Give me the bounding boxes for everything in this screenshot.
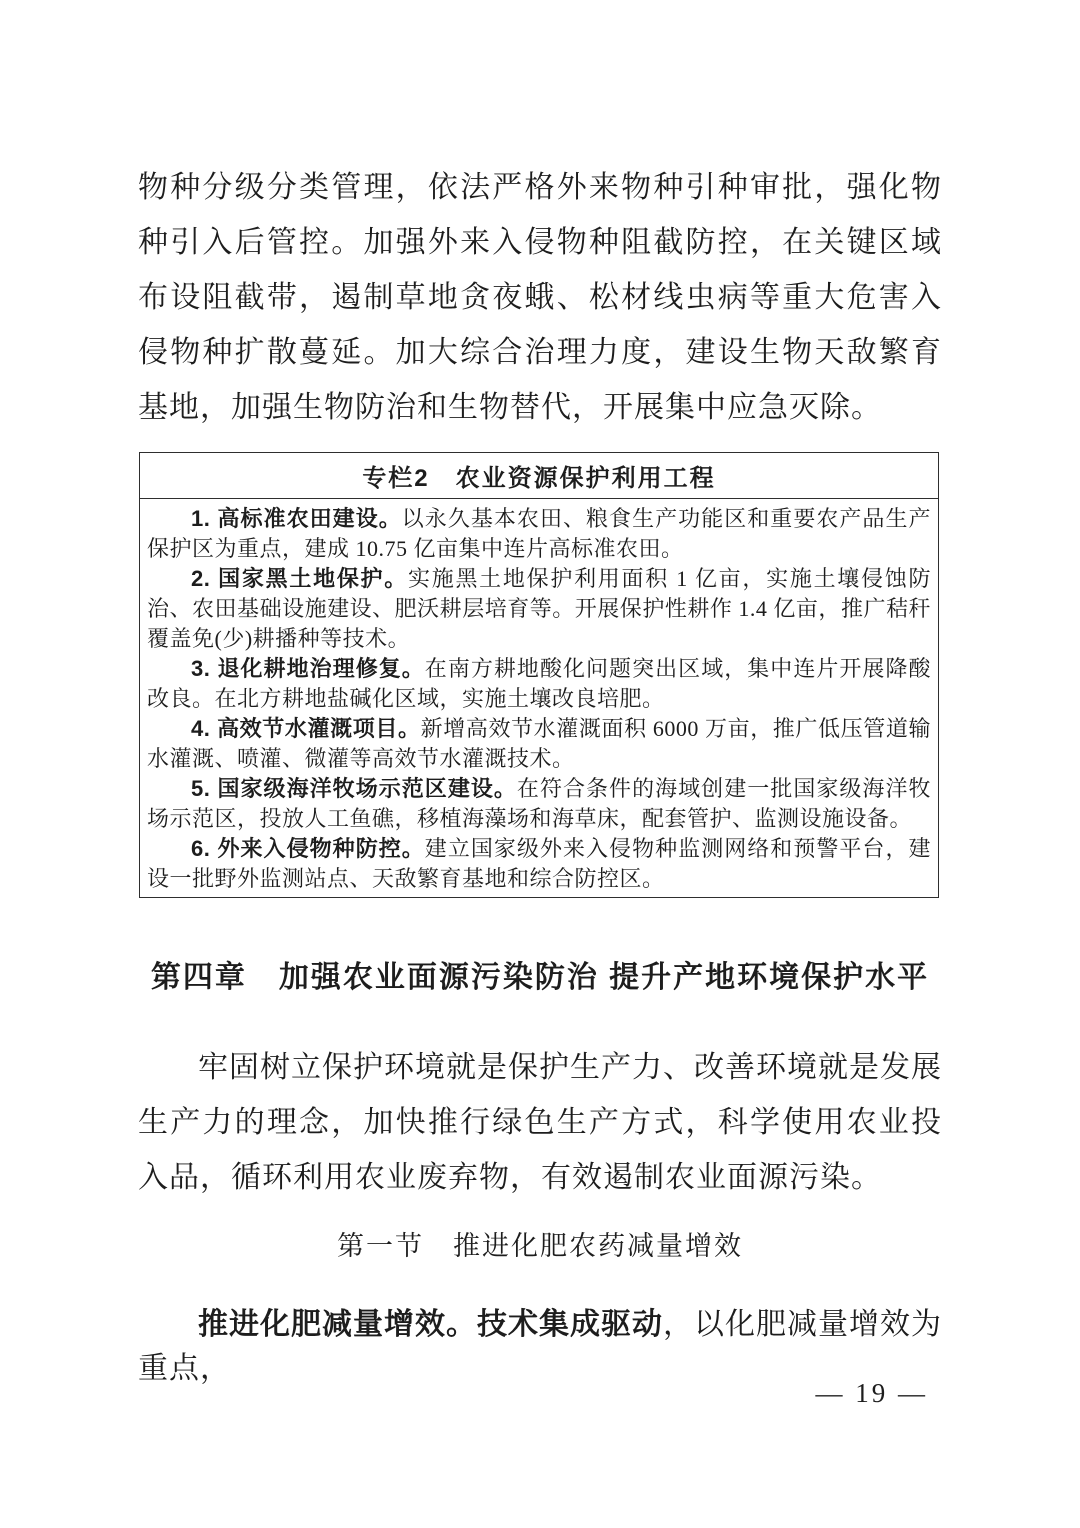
paragraph-lead-bold: 推进化肥减量增效。: [198, 1308, 477, 1341]
callout-box-item: 2. 国家黑土地保护。实施黑土地保护利用面积 1 亿亩，实施土壤侵蚀防治、农田基…: [147, 564, 931, 654]
item-head: 5. 国家级海洋牧场示范区建设。: [191, 776, 517, 801]
callout-box-item: 1. 高标准农田建设。以永久基本农田、粮食生产功能区和重要农产品生产保护区为重点…: [147, 504, 931, 564]
page-number: — 19 —: [816, 1378, 929, 1409]
callout-box: 专栏2 农业资源保护利用工程 1. 高标准农田建设。以永久基本农田、粮食生产功能…: [139, 452, 939, 898]
item-head: 4. 高效节水灌溉项目。: [191, 716, 421, 741]
paragraph-emphasis: 技术集成驱动: [477, 1308, 663, 1341]
item-head: 6. 外来入侵物种防控。: [191, 836, 425, 861]
callout-box-item: 6. 外来入侵物种防控。建立国家级外来入侵物种监测网络和预警平台，建设一批野外监…: [147, 834, 931, 894]
item-head: 1. 高标准农田建设。: [191, 506, 402, 531]
item-head: 2. 国家黑土地保护。: [191, 566, 408, 591]
callout-box-body: 1. 高标准农田建设。以永久基本农田、粮食生产功能区和重要农产品生产保护区为重点…: [140, 499, 938, 894]
callout-box-item: 5. 国家级海洋牧场示范区建设。在符合条件的海域创建一批国家级海洋牧场示范区，投…: [147, 774, 931, 834]
callout-box-item: 3. 退化耕地治理修复。在南方耕地酸化问题突出区域，集中连片开展降酸改良。在北方…: [147, 654, 931, 714]
body-paragraph-intro: 物种分级分类管理，依法严格外来物种引种审批，强化物种引入后管控。加强外来入侵物种…: [138, 160, 942, 435]
section-heading: 第一节 推进化肥农药减量增效: [0, 1224, 1080, 1263]
callout-box-item: 4. 高效节水灌溉项目。新增高效节水灌溉面积 6000 万亩，推广低压管道输水灌…: [147, 714, 931, 774]
body-paragraph-chapter: 牢固树立保护环境就是保护生产力、改善环境就是发展生产力的理念，加快推行绿色生产方…: [138, 1040, 942, 1205]
chapter-heading: 第四章 加强农业面源污染防治 提升产地环境保护水平: [0, 952, 1080, 996]
item-head: 3. 退化耕地治理修复。: [191, 656, 425, 681]
document-page: 物种分级分类管理，依法严格外来物种引种审批，强化物种引入后管控。加强外来入侵物种…: [0, 0, 1080, 1528]
callout-box-title: 专栏2 农业资源保护利用工程: [140, 453, 938, 499]
